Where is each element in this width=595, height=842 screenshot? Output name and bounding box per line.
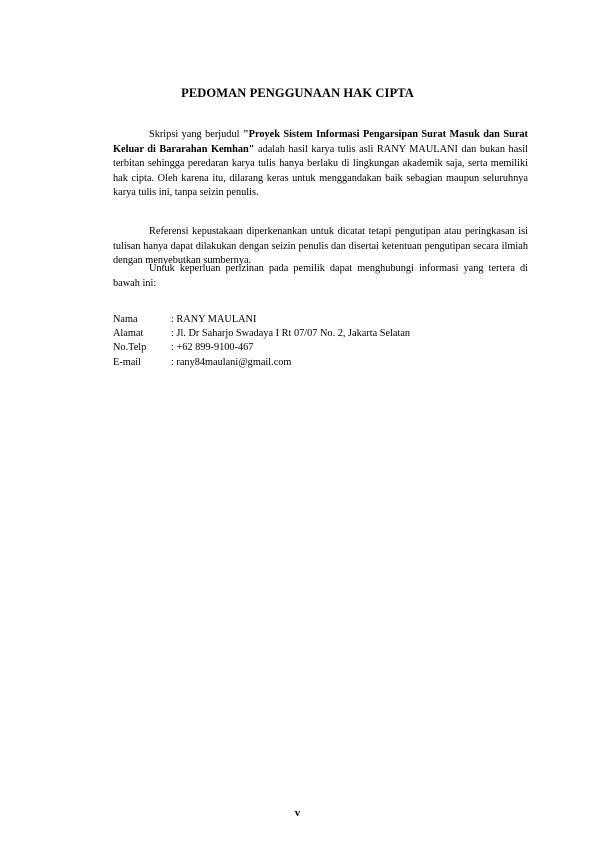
contact-label: No.Telp — [113, 341, 171, 355]
page-title: PEDOMAN PENGGUNAAN HAK CIPTA — [0, 86, 595, 101]
paragraph-text: Skripsi yang berjudul — [149, 129, 243, 140]
contact-row-phone: No.Telp : +62 899-9100-467 — [113, 341, 410, 355]
paragraph-copyright: Skripsi yang berjudul "Proyek Sistem Inf… — [113, 128, 528, 201]
page-number: v — [0, 807, 595, 819]
contact-info: Nama : RANY MAULANI Alamat : Jl. Dr Saha… — [113, 313, 410, 370]
contact-row-name: Nama : RANY MAULANI — [113, 313, 410, 327]
contact-label: Nama — [113, 313, 171, 327]
contact-label: Alamat — [113, 327, 171, 341]
paragraph-permission: Untuk keperluan perizinan pada pemilik d… — [113, 262, 528, 291]
contact-value: : Jl. Dr Saharjo Swadaya I Rt 07/07 No. … — [171, 327, 410, 341]
paragraph-text: Untuk keperluan perizinan pada pemilik d… — [113, 263, 528, 289]
contact-row-address: Alamat : Jl. Dr Saharjo Swadaya I Rt 07/… — [113, 327, 410, 341]
contact-row-email: E-mail : rany84maulani@gmail.com — [113, 356, 410, 370]
contact-value: : +62 899-9100-467 — [171, 341, 253, 355]
contact-value: : rany84maulani@gmail.com — [171, 356, 291, 370]
contact-label: E-mail — [113, 356, 171, 370]
paragraph-text: Referensi kepustakaan diperkenankan untu… — [113, 226, 528, 266]
contact-value: : RANY MAULANI — [171, 313, 256, 327]
